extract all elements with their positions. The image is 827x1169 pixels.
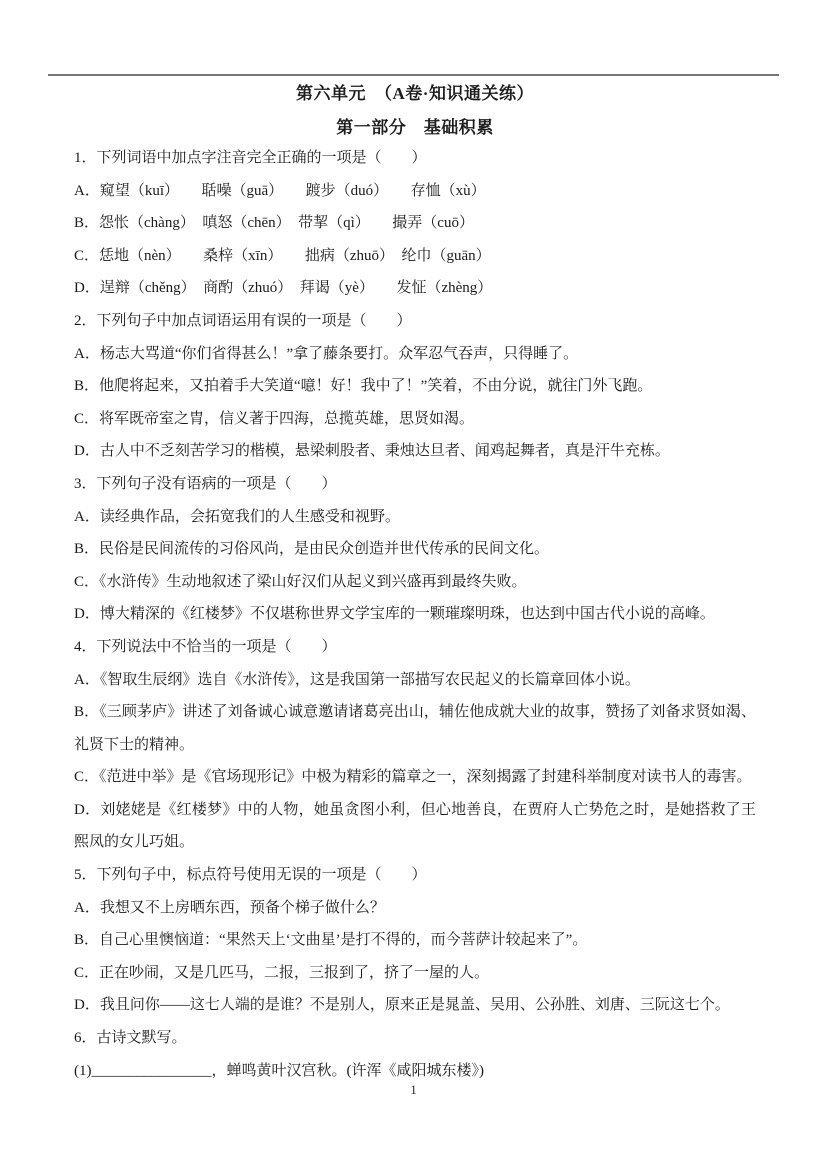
header-rule [48, 74, 779, 76]
section-title: 第一部分 基础积累 [74, 114, 756, 142]
question-1-stem: 1．下列词语中加点字注音完全正确的一项是（ ） [74, 142, 756, 175]
question-5-option-c: C．正在吵闹，又是几匹马，二报，三报到了，挤了一屋的人。 [74, 957, 756, 990]
question-1: 1．下列词语中加点字注音完全正确的一项是（ ） A．窥望（kuī） 聒噪（guā… [74, 142, 756, 305]
question-5-option-d: D．我且问你——这七人端的是谁？不是别人，原来正是晁盖、吴用、公孙胜、刘唐、三阮… [74, 989, 756, 1022]
question-3: 3．下列句子没有语病的一项是（ ） A．读经典作品，会拓宽我们的人生感受和视野。… [74, 468, 756, 631]
page-title: 第六单元 （A卷·知识通关练） [74, 80, 756, 108]
page-number: 1 [0, 1082, 827, 1098]
question-4: 4．下列说法中不恰当的一项是（ ） A．《智取生辰纲》选自《水浒传》，这是我国第… [74, 631, 756, 859]
question-4-option-a: A．《智取生辰纲》选自《水浒传》，这是我国第一部描写农民起义的长篇章回体小说。 [74, 664, 756, 697]
question-5-stem: 5．下列句子中，标点符号使用无误的一项是（ ） [74, 859, 756, 892]
question-1-option-b: B．怨怅（chàng） 嗔怒（chēn） 带挈（qì） 撮弄（cuō） [74, 207, 756, 240]
question-1-option-c: C．恁地（nèn） 桑梓（xīn） 拙病（zhuō） 纶巾（guān） [74, 240, 756, 273]
question-1-option-d: D．逞辩（chěng） 商酌（zhuó） 拜谒（yè） 发怔（zhèng） [74, 272, 756, 305]
question-2-stem: 2．下列句子中加点词语运用有误的一项是（ ） [74, 305, 756, 338]
question-2-option-c: C．将军既帝室之胄，信义著于四海，总揽英雄，思贤如渴。 [74, 403, 756, 436]
question-3-option-b: B．民俗是民间流传的习俗风尚，是由民众创造并世代传承的民间文化。 [74, 533, 756, 566]
question-5: 5．下列句子中，标点符号使用无误的一项是（ ） A．我想又不上房晒东西，预备个梯… [74, 859, 756, 1022]
question-6: 6．古诗文默写。 (1)________________，蝉鸣黄叶汉宫秋。(许浑… [74, 1022, 756, 1087]
exam-paper: 第六单元 （A卷·知识通关练） 第一部分 基础积累 1．下列词语中加点字注音完全… [74, 80, 756, 1087]
question-2-option-b: B．他爬将起来，又拍着手大笑道“噫！好！我中了！”笑着，不由分说，就往门外飞跑。 [74, 370, 756, 403]
question-4-option-c: C．《范进中举》是《官场现形记》中极为精彩的篇章之一，深刻揭露了封建科举制度对读… [74, 761, 756, 794]
question-2: 2．下列句子中加点词语运用有误的一项是（ ） A．杨志大骂道“你们省得甚么！”拿… [74, 305, 756, 468]
question-3-option-a: A．读经典作品，会拓宽我们的人生感受和视野。 [74, 501, 756, 534]
question-4-option-b: B．《三顾茅庐》讲述了刘备诚心诚意邀请诸葛亮出山，辅佐他成就大业的故事，赞扬了刘… [74, 696, 756, 761]
question-3-option-c: C．《水浒传》生动地叙述了梁山好汉们从起义到兴盛再到最终失败。 [74, 566, 756, 599]
question-4-option-d: D．刘姥姥是《红楼梦》中的人物，她虽贪图小利，但心地善良，在贾府人亡势危之时，是… [74, 794, 756, 859]
question-5-option-a: A．我想又不上房晒东西，预备个梯子做什么？ [74, 892, 756, 925]
question-3-option-d: D．博大精深的《红楼梦》不仅堪称世界文学宝库的一颗璀璨明珠，也达到中国古代小说的… [74, 598, 756, 631]
question-4-stem: 4．下列说法中不恰当的一项是（ ） [74, 631, 756, 664]
question-1-option-a: A．窥望（kuī） 聒噪（guā） 踱步（duó） 存恤（xù） [74, 175, 756, 208]
question-2-option-a: A．杨志大骂道“你们省得甚么！”拿了藤条要打。众军忍气吞声，只得睡了。 [74, 338, 756, 371]
question-5-option-b: B．自己心里懊恼道：“果然天上‘文曲星’是打不得的，而今菩萨计较起来了”。 [74, 924, 756, 957]
question-2-option-d: D．古人中不乏刻苦学习的楷模，悬梁刺股者、秉烛达旦者、闻鸡起舞者，真是汗牛充栋。 [74, 435, 756, 468]
question-6-stem: 6．古诗文默写。 [74, 1022, 756, 1055]
question-3-stem: 3．下列句子没有语病的一项是（ ） [74, 468, 756, 501]
